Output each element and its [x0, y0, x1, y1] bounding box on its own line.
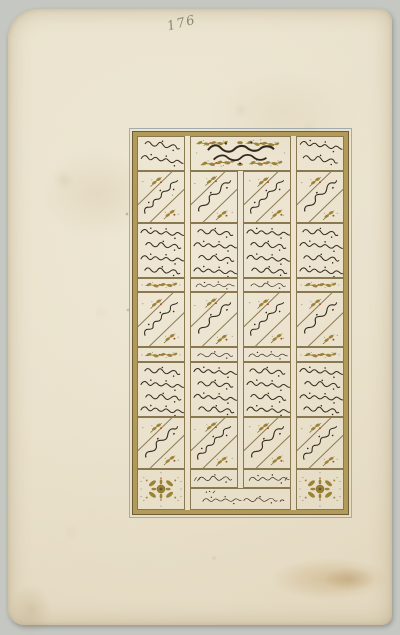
final-verse-lines	[190, 469, 291, 488]
verse-column-cell	[137, 362, 185, 417]
diagonal-verse-cell	[137, 171, 185, 223]
verse-column-cell	[243, 362, 291, 417]
verse-column-cell	[296, 223, 344, 278]
ornament-band-cell	[137, 278, 185, 292]
verse-column-cell	[190, 223, 238, 278]
header-verse-cell	[137, 136, 185, 171]
diagonal-verse-cell	[190, 171, 238, 223]
diagonal-verse-cell	[137, 292, 185, 347]
verse-grid	[137, 136, 344, 510]
diagonal-verse-cell	[190, 292, 238, 347]
diagonal-verse-cell	[296, 171, 344, 223]
header-verse-cell	[296, 136, 344, 171]
verse-column-cell	[190, 362, 238, 417]
verse-column-cell	[137, 223, 185, 278]
colophon-line	[190, 488, 291, 510]
diagonal-verse-cell	[243, 292, 291, 347]
ornament-band-cell	[137, 347, 185, 362]
stain-bottom-right	[271, 558, 389, 600]
diagonal-verse-cell	[190, 417, 238, 469]
rosette-panel	[296, 469, 344, 510]
diagonal-verse-cell	[296, 292, 344, 347]
band-verse-cell	[190, 278, 238, 292]
final-verse-cell	[190, 469, 238, 488]
gold-ruling-band	[133, 132, 348, 514]
diagonal-verse-cell	[296, 417, 344, 469]
ornament-band-cell	[296, 347, 344, 362]
textblock-frame	[132, 131, 349, 515]
diagonal-verse-cell	[137, 417, 185, 469]
finispiece-middle	[190, 469, 291, 510]
stain-bottom-left	[10, 584, 52, 635]
band-verse-cell	[243, 347, 291, 362]
illuminated-title-cartouche	[190, 136, 291, 171]
band-verse-cell	[190, 347, 238, 362]
foxing-spots	[8, 9, 10, 11]
rosette-panel	[137, 469, 185, 510]
final-verse-cell	[243, 469, 291, 488]
ornament-band-cell	[296, 278, 344, 292]
diagonal-verse-cell	[243, 417, 291, 469]
diagonal-verse-cell	[243, 171, 291, 223]
photo-stage: 176	[0, 0, 400, 635]
stain-bottom-right-core	[323, 567, 375, 591]
verse-column-cell	[296, 362, 344, 417]
band-verse-cell	[243, 278, 291, 292]
verse-column-cell	[243, 223, 291, 278]
